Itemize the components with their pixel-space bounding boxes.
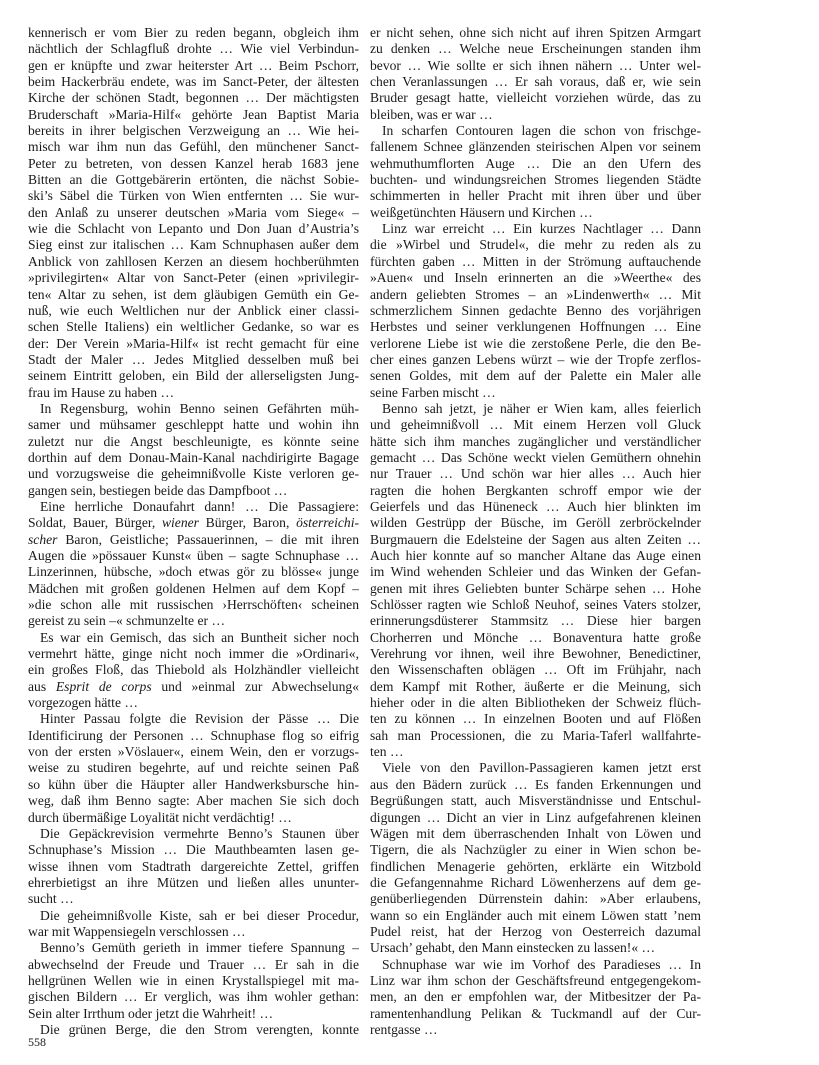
text-line: wisse ihnen vom Stadtrath dargereichte Z… <box>28 859 359 875</box>
right-column: er nicht sehen, ohne sich nicht auf ihre… <box>370 25 701 1038</box>
text-line: schen Stelle Italiens) ein weltlicher Ge… <box>28 319 359 335</box>
text-line: im Wind wehenden Schleier und das Winken… <box>370 564 701 580</box>
text-line: der: Der Verein »Maria-Hilf« ist recht g… <box>28 336 359 352</box>
text-line: bereits in ihrer belgischen Verzweigung … <box>28 123 359 139</box>
text-line: gemacht … Das Schöne weckt vielen Gemüth… <box>370 450 701 466</box>
text-line: senen Goldes, mit dem auf der Palette ei… <box>370 368 701 384</box>
text-line: Stadt der Maler … Jedes Mitglied desselb… <box>28 352 359 368</box>
text-line: den Anlaß zu unserer deutschen »Maria vo… <box>28 205 359 221</box>
text-line: so kühn über die Häupter aller Handwerks… <box>28 777 359 793</box>
text-line: Verehrung vor ihnen, weil ihre Bewohner,… <box>370 646 701 662</box>
text-line: gereist zu sein –« schmunzelte er … <box>28 613 359 629</box>
text-line: die Gefangennahme Richard Löwenherzens a… <box>370 875 701 891</box>
text-line: Linz war ihm schon der Geschäftsfreund e… <box>370 973 701 989</box>
text-line: misch war ihm nun das Gefühl, den münche… <box>28 139 359 155</box>
text-line: ten« Altar zu sehen, ist dem gläubigen G… <box>28 287 359 303</box>
text-line: gischen Bildern … Er verglich, was ihm w… <box>28 989 359 1005</box>
text-line: Ursach’ gehabt, den Mann einstecken zu l… <box>370 940 701 956</box>
text-line: abwechselnd der Freude und Trauer … Er s… <box>28 957 359 973</box>
text-line: aus den Bädern zurück … Es fanden Erkenn… <box>370 777 701 793</box>
text-line: Sein alter Irrthum oder jetzt die Wahrhe… <box>28 1006 359 1022</box>
text-line: erinnerungsdüsterer Stammsitz … Diese hi… <box>370 613 701 629</box>
text-line: die »Wirbel und Strudel«, die mehr zu re… <box>370 237 701 253</box>
text-line: weg, daß ihm Benno sagte: Aber machen Si… <box>28 793 359 809</box>
text-line: Herbstes und seiner verklungenen Hoffnun… <box>370 319 701 335</box>
text-line: schmerzlichem Sinnen gedachte Benno des … <box>370 303 701 319</box>
text-line: Die geheimnißvolle Kiste, sah er bei die… <box>28 908 359 924</box>
text-line: bevor … Wie sollte er sich ihnen nähern … <box>370 58 701 74</box>
text-line: vorgezogen hätte … <box>28 695 359 711</box>
text-line: Anblick von zahllosen Kerzen an diesem h… <box>28 254 359 270</box>
text-line: aus Esprit de corps und »einmal zur Abwe… <box>28 679 359 695</box>
text-line: Linz war erreicht … Ein kurzes Nachtlage… <box>370 221 701 237</box>
text-line: Die grünen Berge, die den Strom verengte… <box>28 1022 359 1038</box>
text-line: zu denken … Welche neue Erscheinungen st… <box>370 41 701 57</box>
text-line: »die schon alle mit russischen ›Herrschö… <box>28 597 359 613</box>
text-line: dem Kampf mit Rother, äußerte er die Mei… <box>370 679 701 695</box>
text-line: nur Trauer … Und schön war hier alles … … <box>370 466 701 482</box>
text-line: zuletzt nur die Angst beschleunigte, es … <box>28 434 359 450</box>
text-line: hätte sich ihm manches zugänglicher und … <box>370 434 701 450</box>
text-line: Identificirung der Personen … Schnuphase… <box>28 728 359 744</box>
text-line: Bruder gesagt hatte, vielleicht vorziehe… <box>370 90 701 106</box>
text-line: und vorzugsweise die geheimnißvolle Kist… <box>28 466 359 482</box>
text-line: sucht … <box>28 891 359 907</box>
text-line: und geheimnißvoll … Mit einem Herzen vol… <box>370 417 701 433</box>
text-line: Begrüßungen statt, auch Misverständnisse… <box>370 793 701 809</box>
text-line: seine Farben mischt … <box>370 385 701 401</box>
left-column: kennerisch er vom Bier zu reden begann, … <box>28 25 359 1038</box>
text-line: nuß, wie euch Weltlichen nur der Anblick… <box>28 303 359 319</box>
text-line: war mit Wappensiegeln verschlossen … <box>28 924 359 940</box>
text-line: wann so ein Engländer auch mit einem Löw… <box>370 908 701 924</box>
text-line: chen Veranlassungen … Er sah voraus, daß… <box>370 74 701 90</box>
text-line: ten zu können … In einzelnen Booten und … <box>370 711 701 727</box>
text-line: Kirche der schönen Stadt, begonnen … Der… <box>28 90 359 106</box>
text-line: scher Baron, Geistliche; Passauerinnen, … <box>28 532 359 548</box>
text-line: durch übermäßige Loyalität nicht verdäch… <box>28 810 359 826</box>
text-line: findlichen Menagerie gehörten, erklärte … <box>370 859 701 875</box>
text-line: »privilegirten« Altar von Sanct-Peter (e… <box>28 270 359 286</box>
text-line: »Auen« und Inseln erinnerten an die »Wee… <box>370 270 701 286</box>
text-line: digungen … Dicht an vier in Linz aufgefa… <box>370 810 701 826</box>
text-line: Chorherren und Mönche … Bonaventura hatt… <box>370 630 701 646</box>
text-line: Bruderschaft »Maria-Hilf« gehörte Jean B… <box>28 107 359 123</box>
text-line: ramentenhandlung Pelikan & Tuckmandl auf… <box>370 1006 701 1022</box>
text-line: Mädchen mit großen goldenen Helmen auf d… <box>28 581 359 597</box>
text-line: In Regensburg, wohin Benno seinen Gefähr… <box>28 401 359 417</box>
text-line: gangen sein, bestiegen beide das Dampfbo… <box>28 483 359 499</box>
text-line: cher eines ganzen Lebens würzt – wie der… <box>370 352 701 368</box>
text-line: Viele von den Pavillon-Passagieren kamen… <box>370 760 701 776</box>
text-line: ragten die hohen Bergkanten schroff empo… <box>370 483 701 499</box>
text-line: Linzerinnen, hübsche, »doch etwas gör zu… <box>28 564 359 580</box>
text-line: genen mit ihres Geliebten bunter Schärpe… <box>370 581 701 597</box>
text-line: Soldat, Bauer, Bürger, wiener Bürger, Ba… <box>28 515 359 531</box>
text-line: In scharfen Contouren lagen die schon vo… <box>370 123 701 139</box>
text-line: Peter zu betreten, von dessen Kanzel her… <box>28 156 359 172</box>
text-line: Benno sah jetzt, je näher er Wien kam, a… <box>370 401 701 417</box>
text-line: men, an den er empfohlen war, der Mitbes… <box>370 989 701 1005</box>
page-number: 558 <box>28 1035 46 1050</box>
text-line: Sieg einst zur italischen … Kam Schnupha… <box>28 237 359 253</box>
text-line: Burgmauern die Edelsteine der Sagen aus … <box>370 532 701 548</box>
text-line: bleiben, was er war … <box>370 107 701 123</box>
text-line: er nicht sehen, ohne sich nicht auf ihre… <box>370 25 701 41</box>
text-line: Schnuphase war wie im Vorhof des Paradie… <box>370 957 701 973</box>
text-line: beim Hackerbräu endete, was im Sanct-Pet… <box>28 74 359 90</box>
text-line: weise zu studiren begehrte, auf und reic… <box>28 760 359 776</box>
text-line: Bitten an die Gottgebärerin ertönten, di… <box>28 172 359 188</box>
text-line: Die Gepäckrevision vermehrte Benno’s Sta… <box>28 826 359 842</box>
text-line: dorthin auf dem Donau-Main-Kanal nachdir… <box>28 450 359 466</box>
text-line: hellgrünen Wellen wie in einen Krystalls… <box>28 973 359 989</box>
text-line: andern geliebten Stromes – an »Lindenwer… <box>370 287 701 303</box>
text-line: weißgetünchten Häusern und Kirchen … <box>370 205 701 221</box>
text-line: wilden Gestrüpp der Büsche, im Geröll ze… <box>370 515 701 531</box>
text-line: wie die Schlacht von Lepanto und Don Jua… <box>28 221 359 237</box>
text-line: seinem Eintritt geloben, ein Bild der al… <box>28 368 359 384</box>
text-line: Auch hier konnte auf so mancher Altane d… <box>370 548 701 564</box>
book-page: kennerisch er vom Bier zu reden begann, … <box>0 0 819 1065</box>
text-line: fallenem Schnee glänzenden steirischen A… <box>370 139 701 155</box>
text-line: Schlösser ragten wie Schloß Neuhof, sein… <box>370 597 701 613</box>
text-line: den Wissenschaften oblägen … Oft im Früh… <box>370 662 701 678</box>
text-line: fürchten gaben … Mitten in der Strömung … <box>370 254 701 270</box>
text-line: Schnuphase’s Mission … Die Mauthbeamten … <box>28 842 359 858</box>
text-line: Hinter Passau folgte die Revision der Pä… <box>28 711 359 727</box>
text-line: Benno’s Gemüth gerieth in immer tiefere … <box>28 940 359 956</box>
text-line: hieher oder in die alten Bibliotheken de… <box>370 695 701 711</box>
text-line: ten … <box>370 744 701 760</box>
text-line: buchten- und windungsreichen Stromes lie… <box>370 172 701 188</box>
text-line: genüberliegenden Dürrenstein dahin: »Abe… <box>370 891 701 907</box>
text-line: gen er knüpfte und zwar heiterster Art …… <box>28 58 359 74</box>
text-line: kennerisch er vom Bier zu reden begann, … <box>28 25 359 41</box>
text-line: Wägen mit dem überraschenden Inhalt von … <box>370 826 701 842</box>
text-line: verlorene Liebe ist wie die zerstoßene P… <box>370 336 701 352</box>
text-line: Tigern, die als Nachzügler zu einer in W… <box>370 842 701 858</box>
text-line: Augen die »pössauer Kunst« üben – sagte … <box>28 548 359 564</box>
text-line: rentgasse … <box>370 1022 701 1038</box>
text-line: Pudel reist, hat der Herzog von Oesterre… <box>370 924 701 940</box>
text-line: frau im Hause zu haben … <box>28 385 359 401</box>
text-line: Es war ein Gemisch, das sich an Buntheit… <box>28 630 359 646</box>
text-line: Eine herrliche Donaufahrt dann! … Die Pa… <box>28 499 359 515</box>
text-line: nächtlich der Schlagfluß drohte … Wie vi… <box>28 41 359 57</box>
text-line: ein großes Floß, das Thiebold als Holzhä… <box>28 662 359 678</box>
text-line: von der ersten »Vöslauer«, einem Wein, d… <box>28 744 359 760</box>
text-line: sah man Processionen, die zu Maria-Tafer… <box>370 728 701 744</box>
text-line: ehrerbietigst an ihre Mützen und ließen … <box>28 875 359 891</box>
text-line: vermehrt hätte, ginge nicht noch immer d… <box>28 646 359 662</box>
text-line: ski’s Säbel die Türken von Wien entfernt… <box>28 188 359 204</box>
text-line: Geierfels und das Hüneneck … Auch hier b… <box>370 499 701 515</box>
text-line: schimmerten in heller Pracht mit ihren ü… <box>370 188 701 204</box>
text-line: samer und mühsamer geschleppt hatte und … <box>28 417 359 433</box>
text-line: wehmuthumflorten Auge … Die an den Ufern… <box>370 156 701 172</box>
